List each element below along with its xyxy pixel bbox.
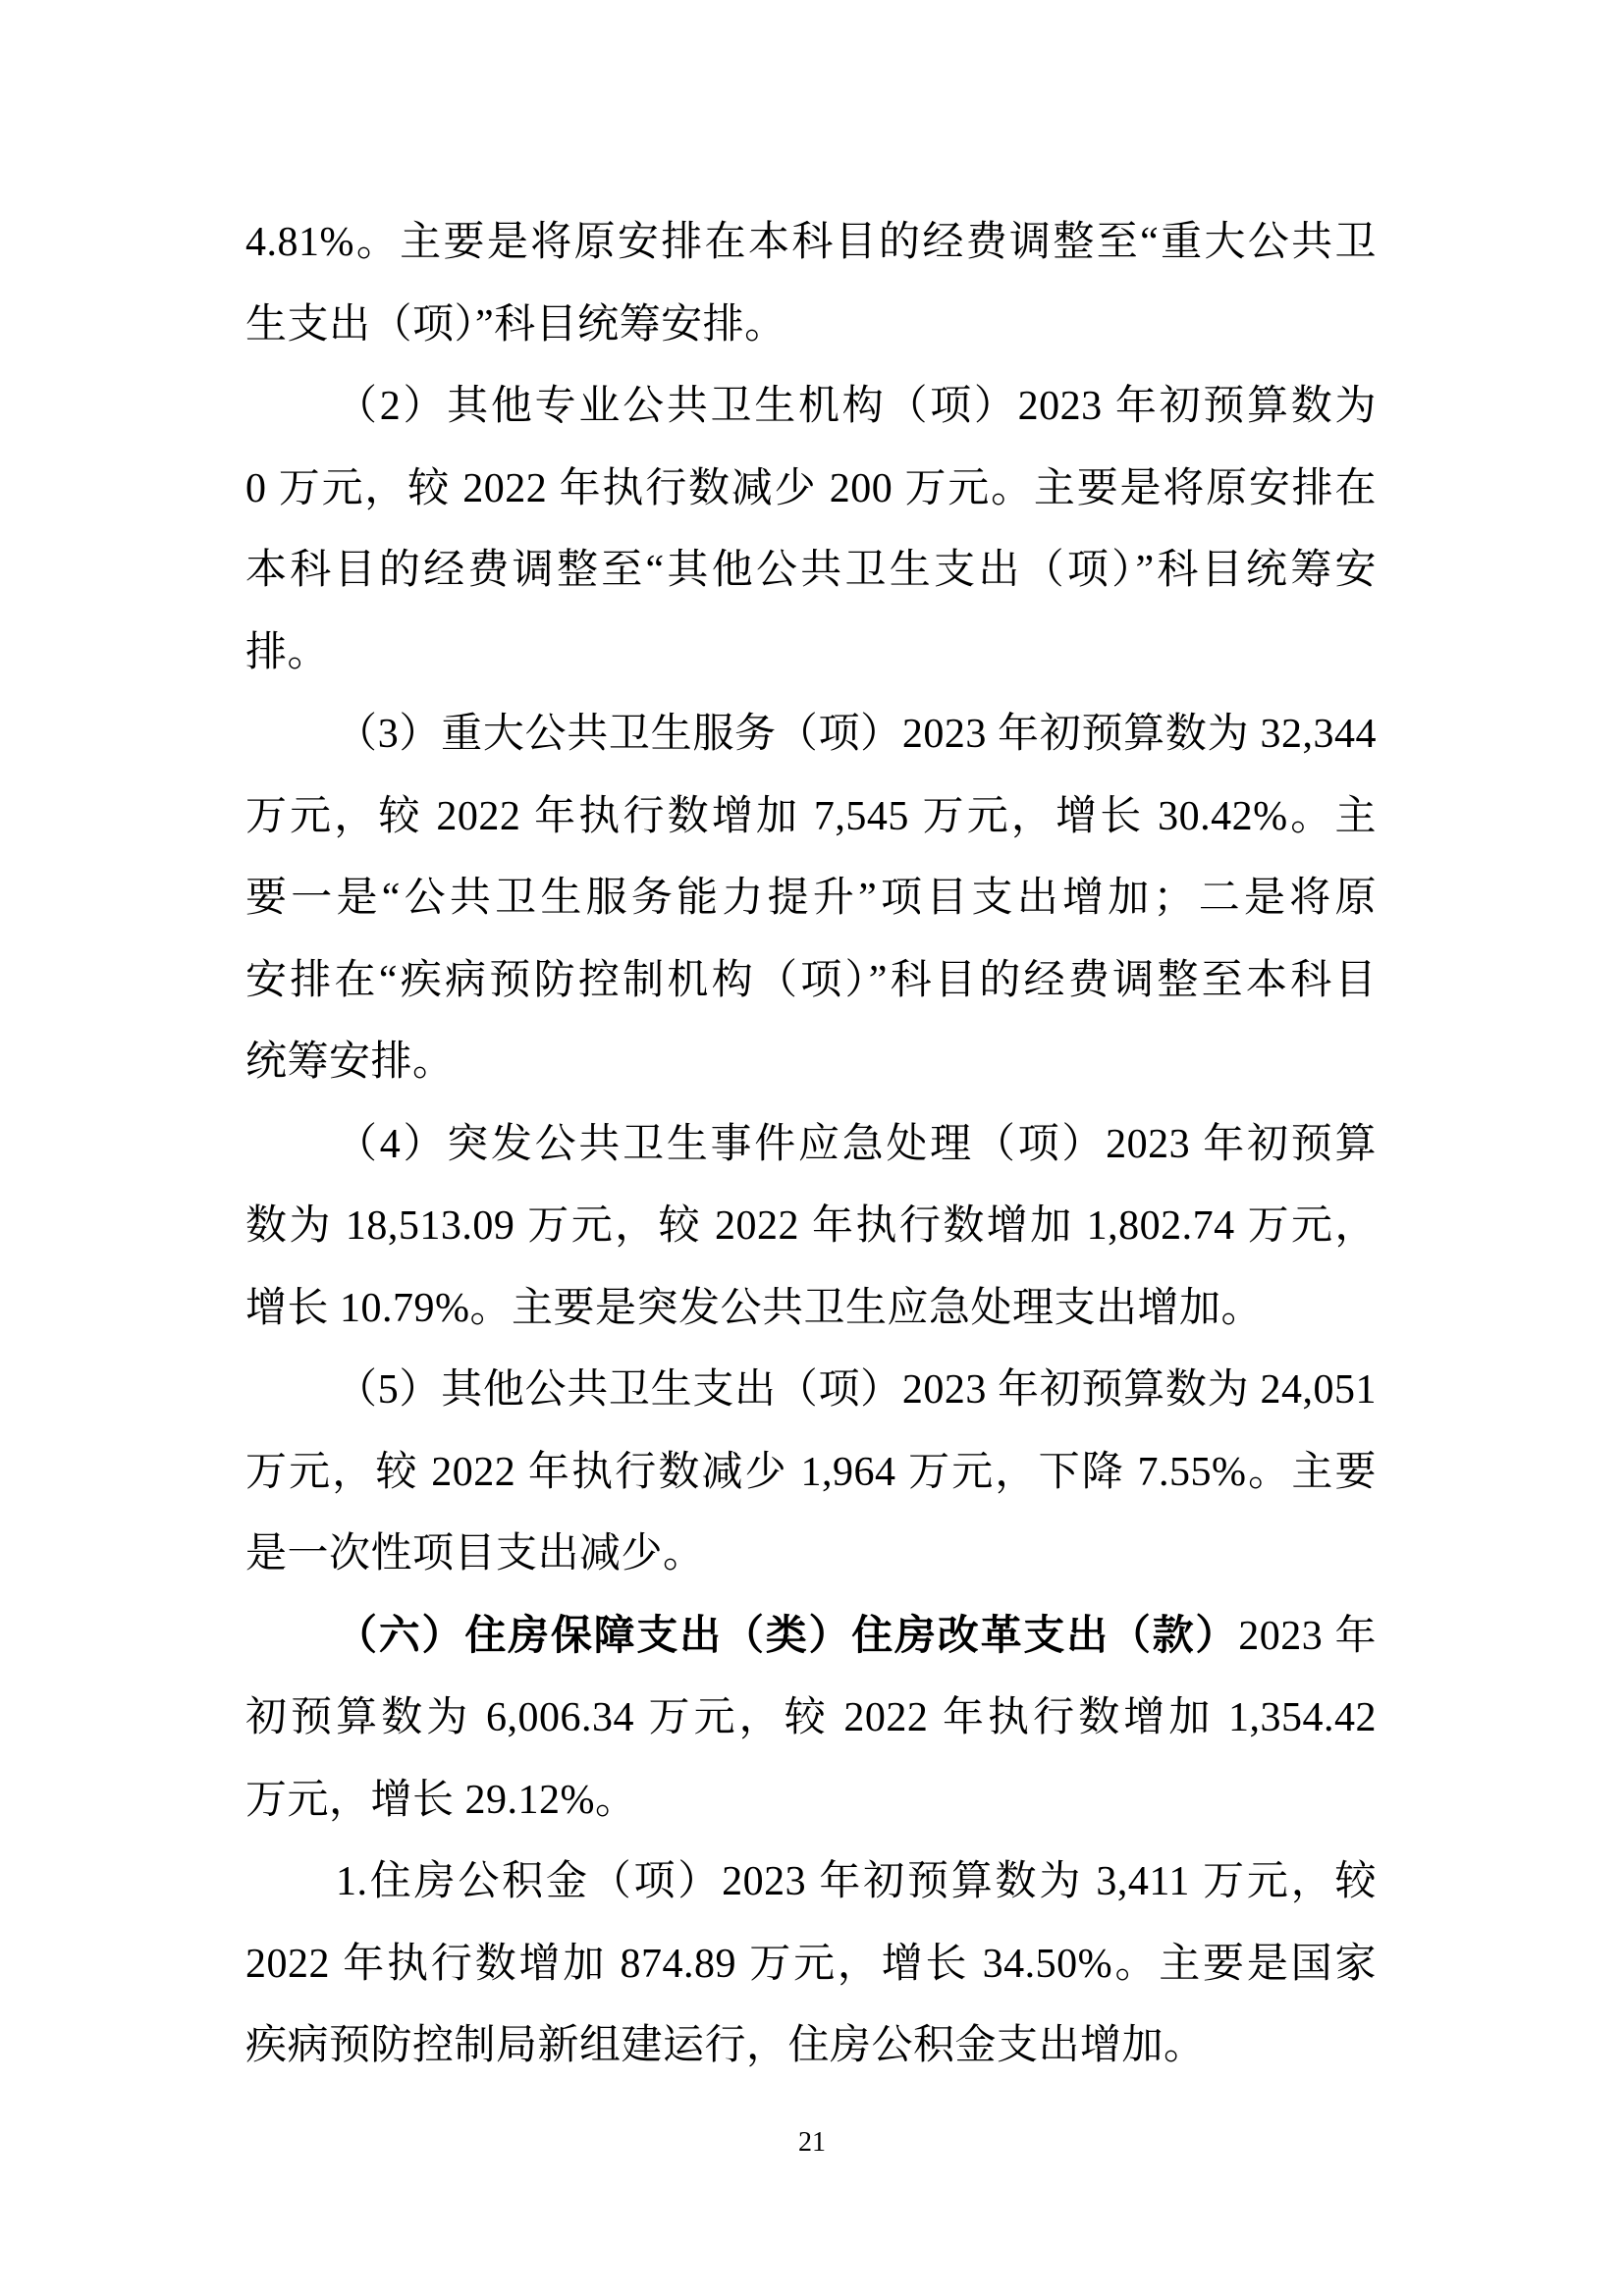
text-line: （2）其他专业公共卫生机构（项）2023 年初预算数为: [245, 366, 1377, 449]
text-line: 2022 年执行数增加 874.89 万元，增长 34.50%。主要是国家: [245, 1924, 1377, 2006]
text-line: （4）突发公共卫生事件应急处理（项）2023 年初预算: [245, 1104, 1377, 1187]
text-line: 万元，较 2022 年执行数减少 1,964 万元，下降 7.55%。主要: [245, 1432, 1377, 1515]
text-line: （3）重大公共卫生服务（项）2023 年初预算数为 32,344: [245, 694, 1377, 776]
text-line: 要一是“公共卫生服务能力提升”项目支出增加；二是将原: [245, 858, 1377, 940]
page-number: 21: [0, 2123, 1624, 2163]
text-line: 1.住房公积金（项）2023 年初预算数为 3,411 万元，较: [245, 1842, 1377, 1924]
page-body: 4.81%。主要是将原安排在本科目的经费调整至“重大公共卫 生支出（项）”科目统…: [245, 202, 1377, 2088]
document-page: 4.81%。主要是将原安排在本科目的经费调整至“重大公共卫 生支出（项）”科目统…: [0, 0, 1624, 2296]
text-line: 生支出（项）”科目统筹安排。: [245, 285, 1377, 367]
text-line: （六）住房保障支出（类）住房改革支出（款）2023 年: [245, 1596, 1377, 1679]
text-line: 疾病预防控制局新组建运行，住房公积金支出增加。: [245, 2005, 1377, 2088]
text-line: 初预算数为 6,006.34 万元，较 2022 年执行数增加 1,354.42: [245, 1678, 1377, 1760]
text-line: 增长 10.79%。主要是突发公共卫生应急处理支出增加。: [245, 1268, 1377, 1351]
section-heading-tail: 2023 年: [1238, 1614, 1377, 1659]
text-line: 安排在“疾病预防控制机构（项）”科目的经费调整至本科目: [245, 940, 1377, 1023]
text-line: （5）其他公共卫生支出（项）2023 年初预算数为 24,051: [245, 1350, 1377, 1432]
text-line: 统筹安排。: [245, 1022, 1377, 1104]
text-line: 数为 18,513.09 万元，较 2022 年执行数增加 1,802.74 万…: [245, 1186, 1377, 1268]
text-line: 本科目的经费调整至“其他公共卫生支出（项）”科目统筹安: [245, 530, 1377, 613]
text-line: 0 万元，较 2022 年执行数减少 200 万元。主要是将原安排在: [245, 449, 1377, 531]
text-line: 是一次性项目支出减少。: [245, 1514, 1377, 1596]
text-line: 4.81%。主要是将原安排在本科目的经费调整至“重大公共卫: [245, 202, 1377, 285]
text-line: 万元，增长 29.12%。: [245, 1760, 1377, 1842]
text-line: 排。: [245, 613, 1377, 695]
section-heading-bold: （六）住房保障支出（类）住房改革支出（款）: [336, 1614, 1238, 1659]
text-line: 万元，较 2022 年执行数增加 7,545 万元，增长 30.42%。主: [245, 776, 1377, 859]
